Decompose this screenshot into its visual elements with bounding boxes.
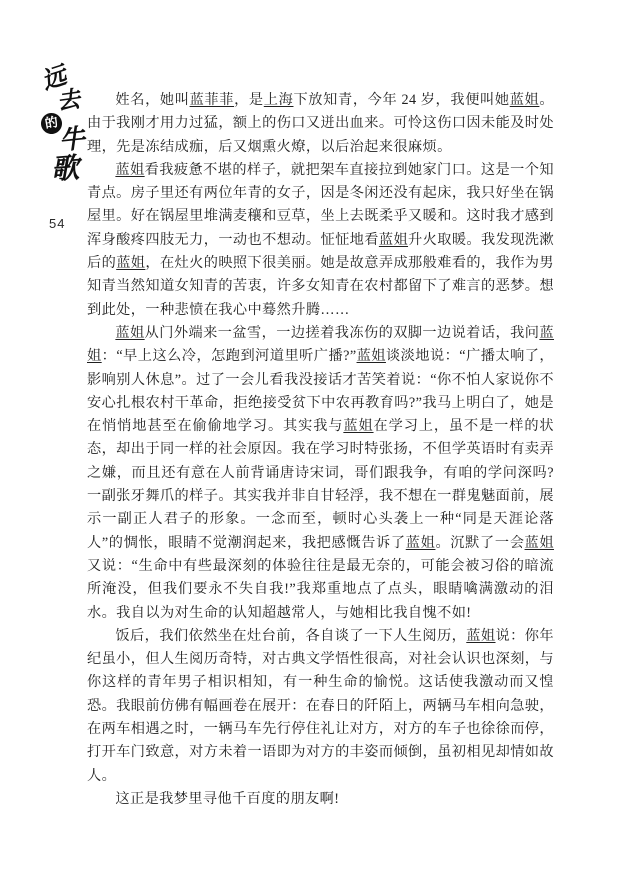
title-char-qu: 去 <box>56 88 82 114</box>
book-page: 远 去 的 牛 歌 54 姓名，她叫蓝菲菲，是上海下放知青，今年 24 岁，我便… <box>0 0 634 891</box>
paragraph: 蓝姐看我疲惫不堪的样子，就把架车直接拉到她家门口。这是一个知青点。房子里还有两位… <box>87 159 554 322</box>
title-char-niu: 牛 <box>58 126 87 155</box>
title-char-ge: 歌 <box>50 154 80 184</box>
page-number: 54 <box>49 216 65 231</box>
paragraph: 蓝姐从门外端来一盆雪，一边搓着我冻伤的双脚一边说着话，我问蓝姐：“早上这么冷，怎… <box>87 322 554 625</box>
article-body: 姓名，她叫蓝菲菲，是上海下放知青，今年 24 岁，我便叫她蓝姐。由于我刚才用力过… <box>87 89 554 811</box>
paragraph: 姓名，她叫蓝菲菲，是上海下放知青，今年 24 岁，我便叫她蓝姐。由于我刚才用力过… <box>87 89 554 159</box>
paragraph: 这正是我梦里寻他千百度的朋友啊! <box>87 788 554 811</box>
paragraph: 饭后，我们依然坐在灶台前，各自谈了一下人生阅历，蓝姐说：你年纪虽小，但人生阅历奇… <box>87 625 554 788</box>
